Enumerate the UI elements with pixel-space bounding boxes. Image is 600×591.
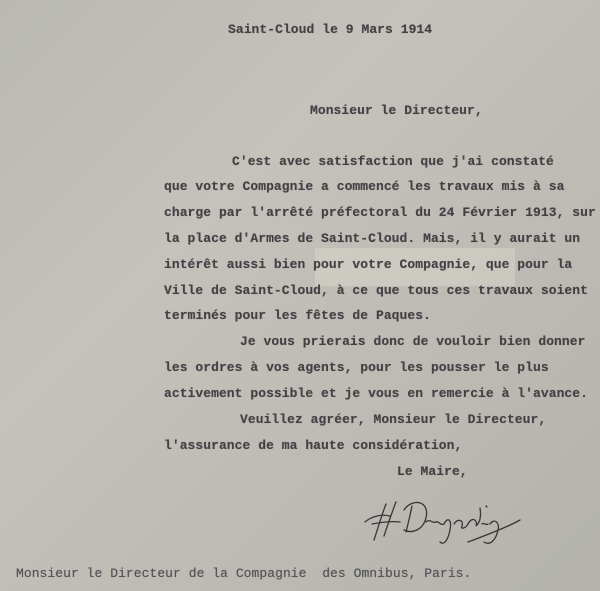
body-line: intérêt aussi bien pour votre Compagnie,… [164, 257, 572, 272]
body-line: Je vous prierais donc de vouloir bien do… [240, 334, 585, 349]
letter-page: Saint-Cloud le 9 Mars 1914 Monsieur le D… [0, 0, 600, 591]
body-line: Ville de Saint-Cloud, à ce que tous ces … [164, 283, 588, 298]
closing-line: l'assurance de ma haute considération, [164, 438, 462, 453]
body-line: C'est avec satisfaction que j'ai constat… [232, 154, 554, 169]
body-line: activement possible et je vous en remerc… [164, 386, 588, 401]
body-line: que votre Compagnie a commencé les trava… [164, 179, 564, 194]
body-line: la place d'Armes de Saint-Cloud. Mais, i… [164, 231, 580, 246]
handwritten-signature [360, 490, 530, 550]
salutation: Monsieur le Directeur, [310, 103, 483, 118]
addressee-line: Monsieur le Directeur de la Compagnie de… [16, 566, 471, 581]
body-line: les ordres à vos agents, pour les pousse… [164, 360, 549, 375]
place-date: Saint-Cloud le 9 Mars 1914 [228, 22, 432, 37]
closing-line: Veuillez agréer, Monsieur le Directeur, [240, 412, 546, 427]
signatory-title: Le Maire, [397, 464, 468, 479]
body-line: charge par l'arrêté préfectoral du 24 Fé… [164, 205, 596, 220]
body-line: terminés pour les fêtes de Paques. [164, 308, 431, 323]
